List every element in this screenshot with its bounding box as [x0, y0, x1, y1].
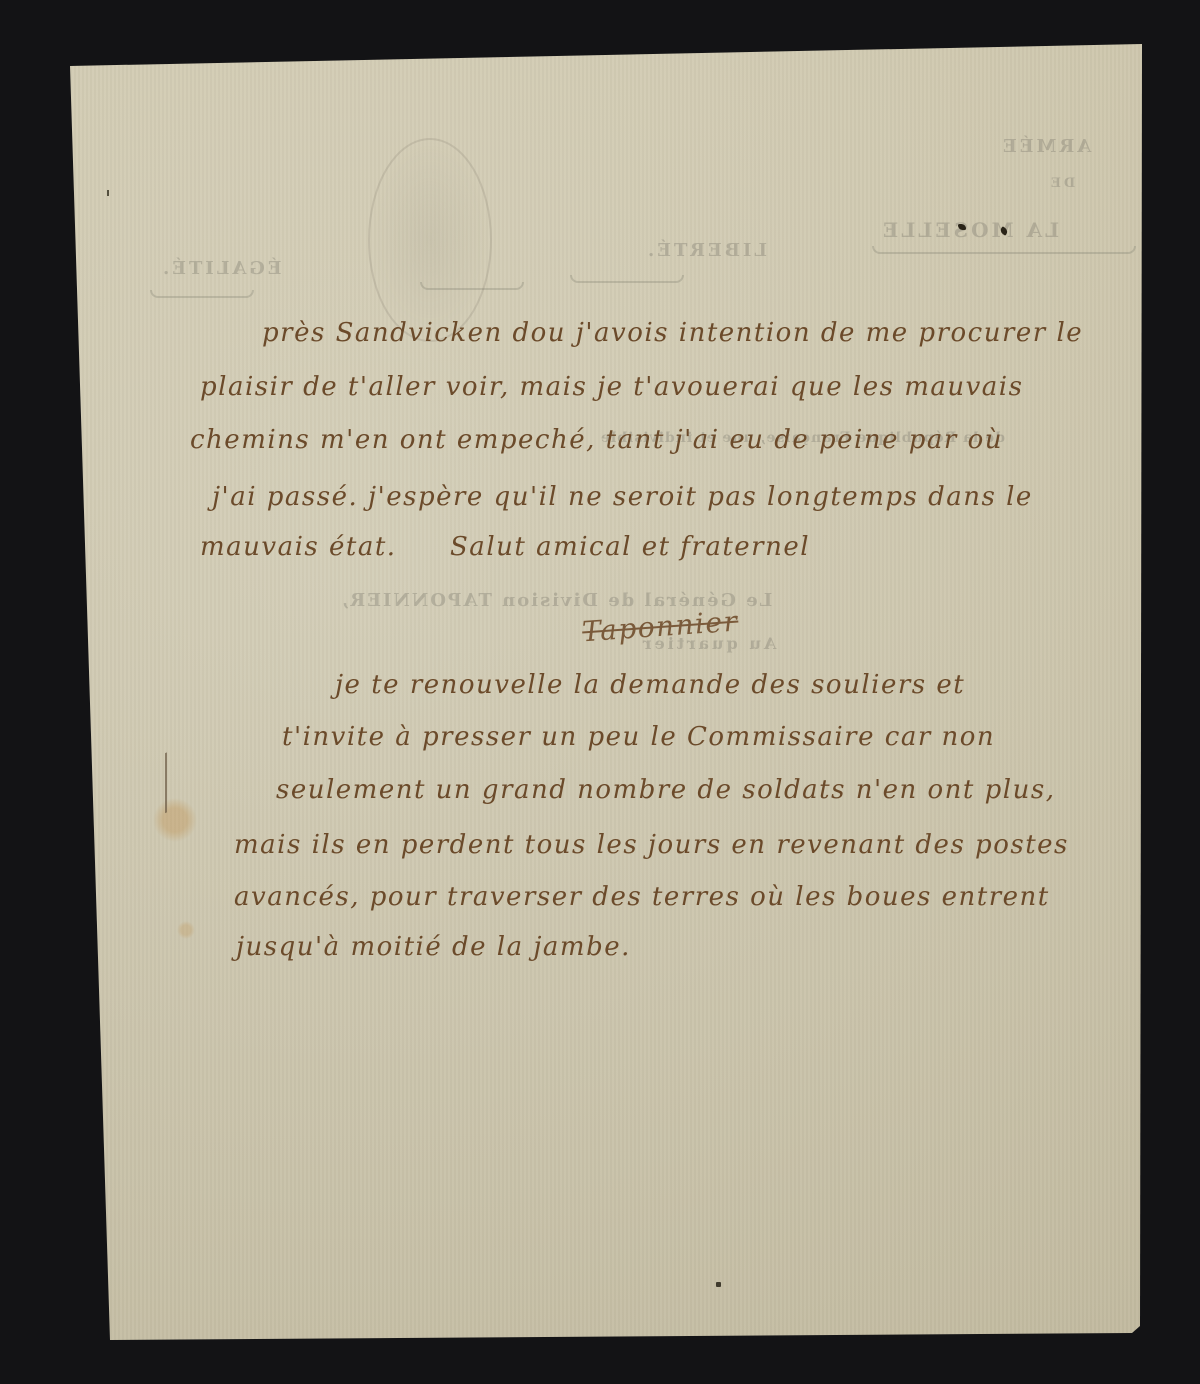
letterhead-bracket: [872, 246, 1136, 254]
letter-body-line: chemins m'en ont empeché, tant j'ai eu d…: [190, 425, 1003, 455]
ink-speck: [716, 1282, 721, 1287]
postscript-line: t'invite à presser un peu le Commissaire…: [282, 722, 995, 752]
letterhead-army-line1: ARMÉE: [1000, 136, 1091, 157]
letterhead-bracket: [150, 290, 254, 298]
letterhead-egalite: ÉGALITÉ.: [160, 258, 282, 279]
postscript-line: seulement un grand nombre de soldats n'e…: [276, 775, 1055, 805]
seal-stamp-showthrough: [368, 138, 492, 342]
letter-body-line: j'ai passé. j'espère qu'il ne seroit pas…: [212, 482, 1033, 512]
letterhead-army-line3: LA MOSELLE: [880, 218, 1059, 242]
letter-body-line: près Sandvicken dou j'avois intention de…: [262, 318, 1083, 348]
letterhead-bracket: [420, 282, 524, 290]
postscript-line: avancés, pour traverser des terres où le…: [234, 882, 1050, 912]
letter-body-line: plaisir de t'aller voir, mais je t'avoue…: [200, 372, 1023, 402]
postscript-line: jusqu'à moitié de la jambe.: [236, 932, 631, 962]
letter-closing: Salut amical et fraternel: [450, 532, 810, 562]
letterhead-bracket: [570, 275, 684, 283]
letterhead-army-line2: DE: [1048, 176, 1075, 191]
postscript-line: je te renouvelle la demande des souliers…: [335, 670, 965, 700]
letter-body-line: mauvais état.: [200, 532, 397, 562]
margin-pen-mark: [165, 751, 171, 813]
paper-hole: [958, 224, 966, 230]
ink-speck: [107, 190, 109, 196]
postscript-line: mais ils en perdent tous les jours en re…: [234, 830, 1069, 860]
photo-stage: ARMÉE DE LA MOSELLE LIBERTÉ. ÉGALITÉ. de…: [0, 0, 1200, 1384]
letterhead-liberte: LIBERTÉ.: [645, 240, 767, 261]
